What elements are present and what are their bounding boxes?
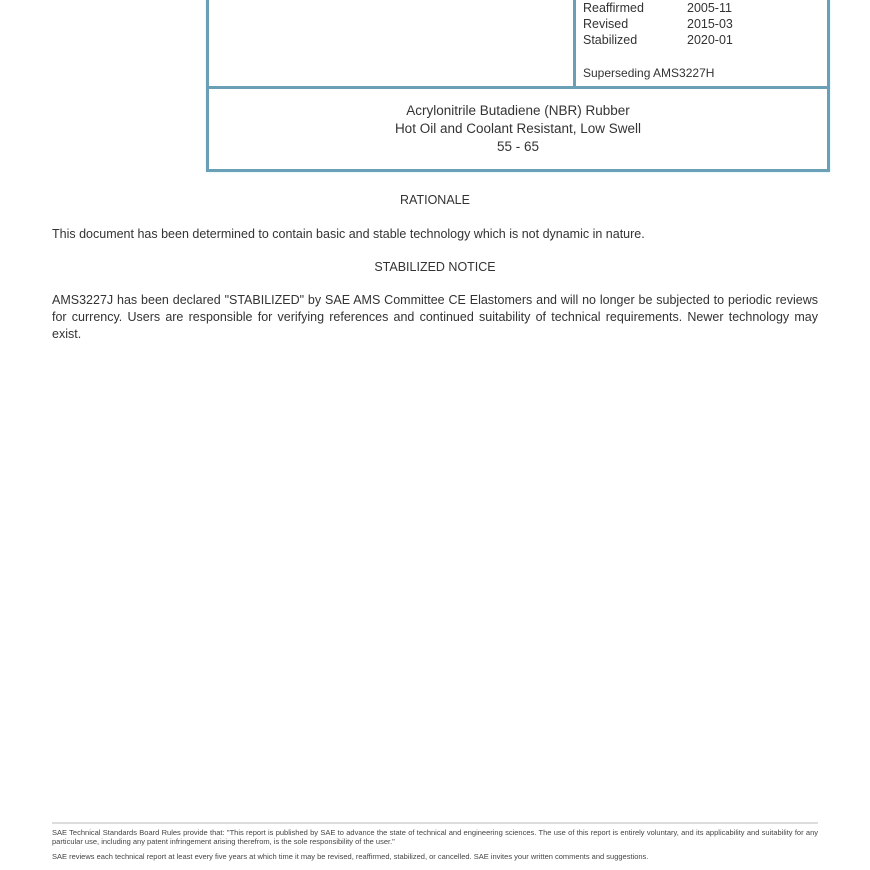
stabilized-notice-text: AMS3227J has been declared "STABILIZED" … [52, 292, 818, 343]
title-line: 55 - 65 [209, 138, 827, 156]
footer-disclaimer: SAE Technical Standards Board Rules prov… [52, 828, 818, 846]
title-line: Hot Oil and Coolant Resistant, Low Swell [209, 120, 827, 138]
date-label: Reaffirmed [583, 0, 687, 16]
rationale-heading: RATIONALE [0, 193, 870, 207]
header-divider [573, 0, 576, 86]
date-value: 2005-11 [687, 0, 732, 16]
title-line: Acrylonitrile Butadiene (NBR) Rubber [209, 102, 827, 120]
stabilized-notice-heading: STABILIZED NOTICE [0, 260, 870, 274]
date-label: Stabilized [583, 32, 687, 48]
rationale-text: This document has been determined to con… [52, 226, 818, 243]
date-history: Reaffirmed 2005-11 Revised 2015-03 Stabi… [583, 0, 733, 48]
date-row-reaffirmed: Reaffirmed 2005-11 [583, 0, 733, 16]
header-top-row: Reaffirmed 2005-11 Revised 2015-03 Stabi… [209, 0, 827, 89]
date-value: 2020-01 [687, 32, 733, 48]
footer-review-note: SAE reviews each technical report at lea… [52, 852, 818, 861]
date-value: 2015-03 [687, 16, 733, 32]
document-header-box: Reaffirmed 2005-11 Revised 2015-03 Stabi… [206, 0, 830, 172]
date-row-stabilized: Stabilized 2020-01 [583, 32, 733, 48]
footer-rule [52, 822, 818, 824]
document-title: Acrylonitrile Butadiene (NBR) Rubber Hot… [209, 102, 827, 156]
date-row-revised: Revised 2015-03 [583, 16, 733, 32]
superseding-note: Superseding AMS3227H [583, 66, 714, 80]
date-label: Revised [583, 16, 687, 32]
